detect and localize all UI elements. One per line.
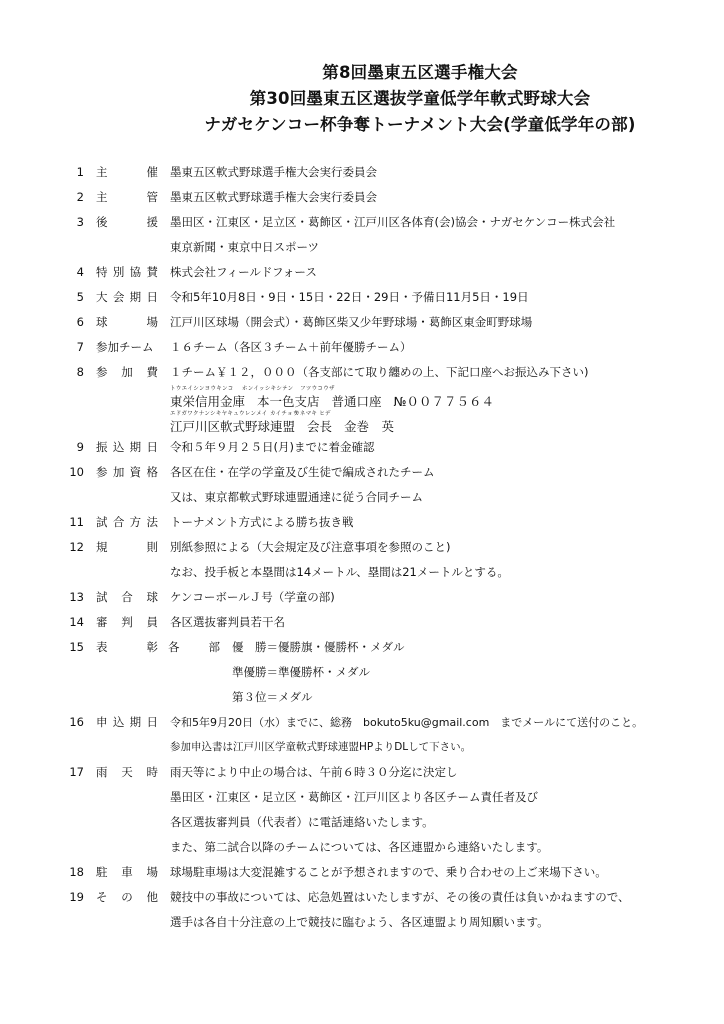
item-number: 4 bbox=[64, 260, 84, 285]
award-division-label: 各部 bbox=[168, 635, 220, 660]
item-row-management: 2 主管 墨東五区軟式野球選手権大会実行委員会 bbox=[0, 185, 724, 210]
account-holder-row: エドガワクナンシキヤキュウレンメイカイチョウカネマキ ヒデ 江戸川区軟式野球連盟… bbox=[0, 410, 724, 435]
item-label: 主催 bbox=[96, 160, 158, 185]
item-label: 参加資格 bbox=[96, 460, 158, 485]
item-label: 振込期日 bbox=[96, 435, 158, 460]
item-content: 球場駐車場は大変混雑することが予想されますので、乗り合わせの上ご来場下さい。 bbox=[170, 860, 607, 885]
item-row-eligibility: 10 参加資格 各区在住・在学の学童及び生徒で編成されたチーム bbox=[0, 460, 724, 485]
item-number: 13 bbox=[64, 585, 84, 610]
item-content: また、第二試合以降のチームについては、各区連盟から連絡いたします。 bbox=[170, 835, 548, 860]
item-content: 墨田区・江東区・足立区・葛飾区・江戸川区各体育(会)協会・ナガセケンコー株式会社 bbox=[170, 210, 615, 235]
item-row-application-deadline: 16 申込期日 令和5年9月20日（水）までに、総務 bokuto5ku@gma… bbox=[0, 710, 724, 735]
item-content: 令和５年９月２５日(月)までに着金確認 bbox=[170, 435, 374, 460]
item-label: 審判員 bbox=[96, 610, 158, 635]
item-row-rain-cont-3: また、第二試合以降のチームについては、各区連盟から連絡いたします。 bbox=[0, 835, 724, 860]
item-content: 選手は各自十分注意の上で競技に臨むよう、各区連盟より周知願います。 bbox=[170, 910, 549, 935]
award-winner: 優 勝＝優勝旗・優勝杯・メダル bbox=[232, 635, 405, 660]
title-line-2: 第30回墨東五区選抜学童低学年軟式野球大会 bbox=[120, 86, 720, 112]
item-content: なお、投手板と本塁間は14メートル、塁間は21メートルとする。 bbox=[170, 560, 509, 585]
item-label: 規則 bbox=[96, 535, 158, 560]
item-row-umpires: 14 審判員 各区選抜審判員若干名 bbox=[0, 610, 724, 635]
item-row-awards-third: 第３位＝メダル bbox=[0, 685, 724, 710]
item-label: 駐車場 bbox=[96, 860, 158, 885]
bank-account-furigana: トウエイシンヨウキンコホンイッシキシテンフツウコウザ bbox=[170, 385, 335, 393]
item-number: 16 bbox=[64, 710, 84, 735]
item-content: 参加申込書は江戸川区学童軟式野球連盟HPよりDLして下さい。 bbox=[170, 735, 471, 760]
item-label: 参加チーム bbox=[96, 335, 158, 360]
item-row-venue: 6 球場 江戸川区球場（開会式）・葛飾区柴又少年野球場・葛飾区東金町野球場 bbox=[0, 310, 724, 335]
account-holder-text: 江戸川区軟式野球連盟会長金巻 英 bbox=[170, 419, 406, 435]
item-number: 14 bbox=[64, 610, 84, 635]
item-content: 江戸川区球場（開会式）・葛飾区柴又少年野球場・葛飾区東金町野球場 bbox=[170, 310, 532, 335]
item-row-rain-cont-1: 墨田区・江東区・足立区・葛飾区・江戸川区より各区チーム責任者及び bbox=[0, 785, 724, 810]
item-row-teams: 7 参加チーム １６チーム（各区３チーム＋前年優勝チーム） bbox=[0, 335, 724, 360]
award-runner-up: 準優勝＝準優勝杯・メダル bbox=[232, 660, 370, 685]
item-row-rules: 12 規則 別紙参照による（大会規定及び注意事項を参照のこと) bbox=[0, 535, 724, 560]
item-row-sponsor: 4 特別協賛 株式会社フィールドフォース bbox=[0, 260, 724, 285]
item-row-support-cont: 東京新聞・東京中日スポーツ bbox=[0, 235, 724, 260]
item-number: 11 bbox=[64, 510, 84, 535]
item-label: 主管 bbox=[96, 185, 158, 210]
item-content: 各区選抜審判員（代表者）に電話連絡いたします。 bbox=[170, 810, 434, 835]
item-number: 5 bbox=[64, 285, 84, 310]
item-content: 株式会社フィールドフォース bbox=[170, 260, 317, 285]
item-content: 東京新聞・東京中日スポーツ bbox=[170, 235, 319, 260]
item-row-eligibility-cont: 又は、東京都軟式野球連盟通達に従う合同チーム bbox=[0, 485, 724, 510]
item-number: 1 bbox=[64, 160, 84, 185]
item-content: 雨天等により中止の場合は、午前６時３０分迄に決定し bbox=[170, 760, 458, 785]
account-holder-furigana: エドガワクナンシキヤキュウレンメイカイチョウカネマキ ヒデ bbox=[170, 410, 331, 418]
item-number: 17 bbox=[64, 760, 84, 785]
item-number: 8 bbox=[64, 360, 84, 385]
document-title-block: 第8回墨東五区選手権大会 第30回墨東五区選抜学童低学年軟式野球大会 ナガセケン… bbox=[120, 60, 720, 138]
item-label: 大会期日 bbox=[96, 285, 158, 310]
item-label: 参加費 bbox=[96, 360, 158, 385]
item-row-support: 3 後援 墨田区・江東区・足立区・葛飾区・江戸川区各体育(会)協会・ナガセケンコ… bbox=[0, 210, 724, 235]
item-number: 15 bbox=[64, 635, 84, 660]
item-content: 各区在住・在学の学童及び生徒で編成されたチーム bbox=[170, 460, 435, 485]
item-number: 7 bbox=[64, 335, 84, 360]
item-row-rain: 17 雨天時 雨天等により中止の場合は、午前６時３０分迄に決定し bbox=[0, 760, 724, 785]
item-label: 後援 bbox=[96, 210, 158, 235]
item-number: 2 bbox=[64, 185, 84, 210]
bank-account-text: 東栄信用金庫本一色支店普通口座№００７７５６４ bbox=[170, 394, 506, 410]
item-row-fee: 8 参加費 １チーム￥１２，０００（各支部にて取り纏めの上、下記口座へお振込み下… bbox=[0, 360, 724, 385]
item-label: 試合球 bbox=[96, 585, 158, 610]
item-number: 9 bbox=[64, 435, 84, 460]
item-row-awards-runnerup: 準優勝＝準優勝杯・メダル bbox=[0, 660, 724, 685]
item-content: 墨東五区軟式野球選手権大会実行委員会 bbox=[170, 185, 377, 210]
item-label: 特別協賛 bbox=[96, 260, 158, 285]
item-label: 試合方法 bbox=[96, 510, 158, 535]
award-third-place: 第３位＝メダル bbox=[232, 685, 313, 710]
item-number: 18 bbox=[64, 860, 84, 885]
item-row-organizer: 1 主催 墨東五区軟式野球選手権大会実行委員会 bbox=[0, 160, 724, 185]
item-label: その他 bbox=[96, 885, 158, 910]
item-content: 墨東五区軟式野球選手権大会実行委員会 bbox=[170, 160, 377, 185]
item-row-other-cont: 選手は各自十分注意の上で競技に臨むよう、各区連盟より周知願います。 bbox=[0, 910, 724, 935]
item-row-ball: 13 試合球 ケンコーボールＪ号（学童の部) bbox=[0, 585, 724, 610]
item-row-other: 19 その他 競技中の事故については、応急処置はいたしますが、その後の責任は負い… bbox=[0, 885, 724, 910]
item-label: 雨天時 bbox=[96, 760, 158, 785]
item-label: 表彰 bbox=[96, 635, 158, 660]
item-content: 競技中の事故については、応急処置はいたしますが、その後の責任は負いかねますので、 bbox=[170, 885, 630, 910]
item-row-rules-cont: なお、投手板と本塁間は14メートル、塁間は21メートルとする。 bbox=[0, 560, 724, 585]
item-number: 6 bbox=[64, 310, 84, 335]
item-number: 12 bbox=[64, 535, 84, 560]
item-content: ケンコーボールＪ号（学童の部) bbox=[170, 585, 335, 610]
item-row-dates: 5 大会期日 令和5年10月8日・9日・15日・22日・29日・予備日11月5日… bbox=[0, 285, 724, 310]
item-row-payment-deadline: 9 振込期日 令和５年９月２５日(月)までに着金確認 bbox=[0, 435, 724, 460]
item-content: 又は、東京都軟式野球連盟通達に従う合同チーム bbox=[170, 485, 423, 510]
item-content: 別紙参照による（大会規定及び注意事項を参照のこと) bbox=[170, 535, 450, 560]
title-line-1: 第8回墨東五区選手権大会 bbox=[120, 60, 720, 86]
item-content: トーナメント方式による勝ち抜き戦 bbox=[170, 510, 354, 535]
item-content: 令和5年9月20日（水）までに、総務 bokuto5ku@gmail.com ま… bbox=[170, 710, 643, 735]
item-row-parking: 18 駐車場 球場駐車場は大変混雑することが予想されますので、乗り合わせの上ご来… bbox=[0, 860, 724, 885]
title-line-3: ナガセケンコー杯争奪トーナメント大会(学童低学年の部) bbox=[120, 112, 720, 138]
item-content: 令和5年10月8日・9日・15日・22日・29日・予備日11月5日・19日 bbox=[170, 285, 529, 310]
item-number: 3 bbox=[64, 210, 84, 235]
item-label: 申込期日 bbox=[96, 710, 158, 735]
item-content: １チーム￥１２，０００（各支部にて取り纏めの上、下記口座へお振込み下さい) bbox=[170, 360, 588, 385]
item-label: 球場 bbox=[96, 310, 158, 335]
item-row-format: 11 試合方法 トーナメント方式による勝ち抜き戦 bbox=[0, 510, 724, 535]
item-row-application-cont: 参加申込書は江戸川区学童軟式野球連盟HPよりDLして下さい。 bbox=[0, 735, 724, 760]
item-content: １６チーム（各区３チーム＋前年優勝チーム） bbox=[170, 335, 412, 360]
item-row-rain-cont-2: 各区選抜審判員（代表者）に電話連絡いたします。 bbox=[0, 810, 724, 835]
bank-account-row: トウエイシンヨウキンコホンイッシキシテンフツウコウザ 東栄信用金庫本一色支店普通… bbox=[0, 385, 724, 410]
item-row-awards: 15 表彰 各部 優 勝＝優勝旗・優勝杯・メダル bbox=[0, 635, 724, 660]
item-content: 墨田区・江東区・足立区・葛飾区・江戸川区より各区チーム責任者及び bbox=[170, 785, 538, 810]
item-number: 19 bbox=[64, 885, 84, 910]
item-number: 10 bbox=[64, 460, 84, 485]
item-list: 1 主催 墨東五区軟式野球選手権大会実行委員会 2 主管 墨東五区軟式野球選手権… bbox=[0, 160, 724, 935]
item-content: 各区選抜審判員若干名 bbox=[170, 610, 285, 635]
